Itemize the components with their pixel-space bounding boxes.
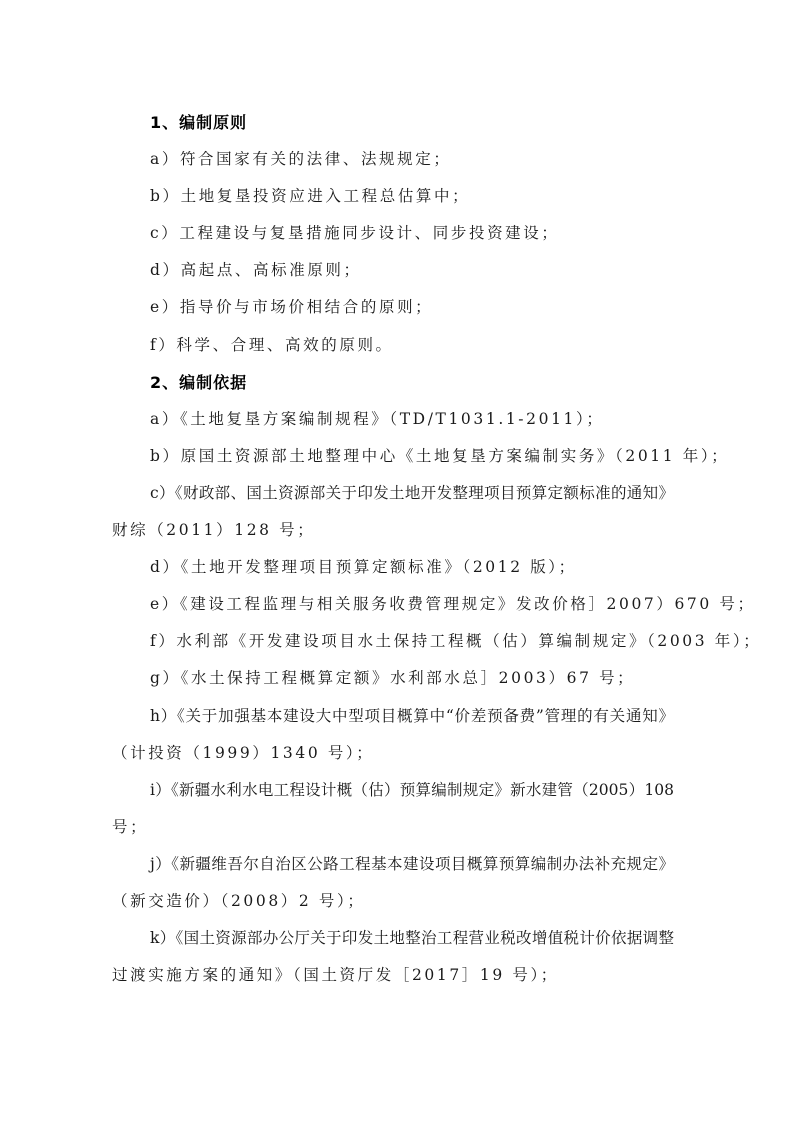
basis-item-c-continued: 财综（2011）128 号； [112, 512, 674, 549]
principle-item-e: e）指导价与市场价相结合的原则； [112, 289, 674, 326]
basis-item-e: e）《建设工程监理与相关服务收费管理规定》发改价格］2007）670 号； [112, 586, 674, 623]
section-heading-basis: 2、编制依据 [112, 364, 674, 401]
basis-item-g: g）《水土保持工程概算定额》水利部水总］2003）67 号； [112, 660, 674, 697]
principle-item-d: d）高起点、高标准原则； [112, 252, 674, 289]
principle-item-b: b）土地复垦投资应进入工程总估算中； [112, 178, 674, 215]
basis-item-c: c）《财政部、国土资源部关于印发土地开发整理项目预算定额标准的通知》 [112, 475, 674, 512]
basis-item-j-continued: （新交造价）（2008）2 号）； [112, 883, 674, 920]
basis-item-j: j）《新疆维吾尔自治区公路工程基本建设项目概算预算编制办法补充规定》 [112, 846, 674, 883]
basis-item-f: f）水利部《开发建设项目水土保持工程概（估）算编制规定》（2003 年）； [112, 623, 674, 660]
basis-item-k: k）《国土资源部办公厅关于印发土地整治工程营业税改增值税计价依据调整 [112, 920, 674, 957]
basis-item-a: a）《土地复垦方案编制规程》（TD/T1031.1-2011）； [112, 401, 674, 438]
basis-item-k-continued: 过渡实施方案的通知》（国土资厅发［2017］19 号）； [112, 957, 674, 994]
principle-item-a: a）符合国家有关的法律、法规规定； [112, 141, 674, 178]
basis-item-i-continued: 号； [112, 809, 674, 846]
basis-item-b: b）原国土资源部土地整理中心《土地复垦方案编制实务》（2011 年）； [112, 438, 674, 475]
basis-item-i: i）《新疆水利水电工程设计概（估）预算编制规定》新水建管（2005）108 [112, 772, 674, 809]
basis-item-h-continued: （计投资（1999）1340 号）； [112, 735, 674, 772]
basis-item-h: h）《关于加强基本建设大中型项目概算中“价差预备费”管理的有关通知》 [112, 698, 674, 735]
section-heading-principles: 1、编制原则 [112, 104, 674, 141]
principle-item-f: f）科学、合理、高效的原则。 [112, 327, 674, 364]
basis-item-d: d）《土地开发整理项目预算定额标准》（2012 版）； [112, 549, 674, 586]
document-page: 1、编制原则 a）符合国家有关的法律、法规规定； b）土地复垦投资应进入工程总估… [112, 104, 674, 994]
principle-item-c: c）工程建设与复垦措施同步设计、同步投资建设； [112, 215, 674, 252]
